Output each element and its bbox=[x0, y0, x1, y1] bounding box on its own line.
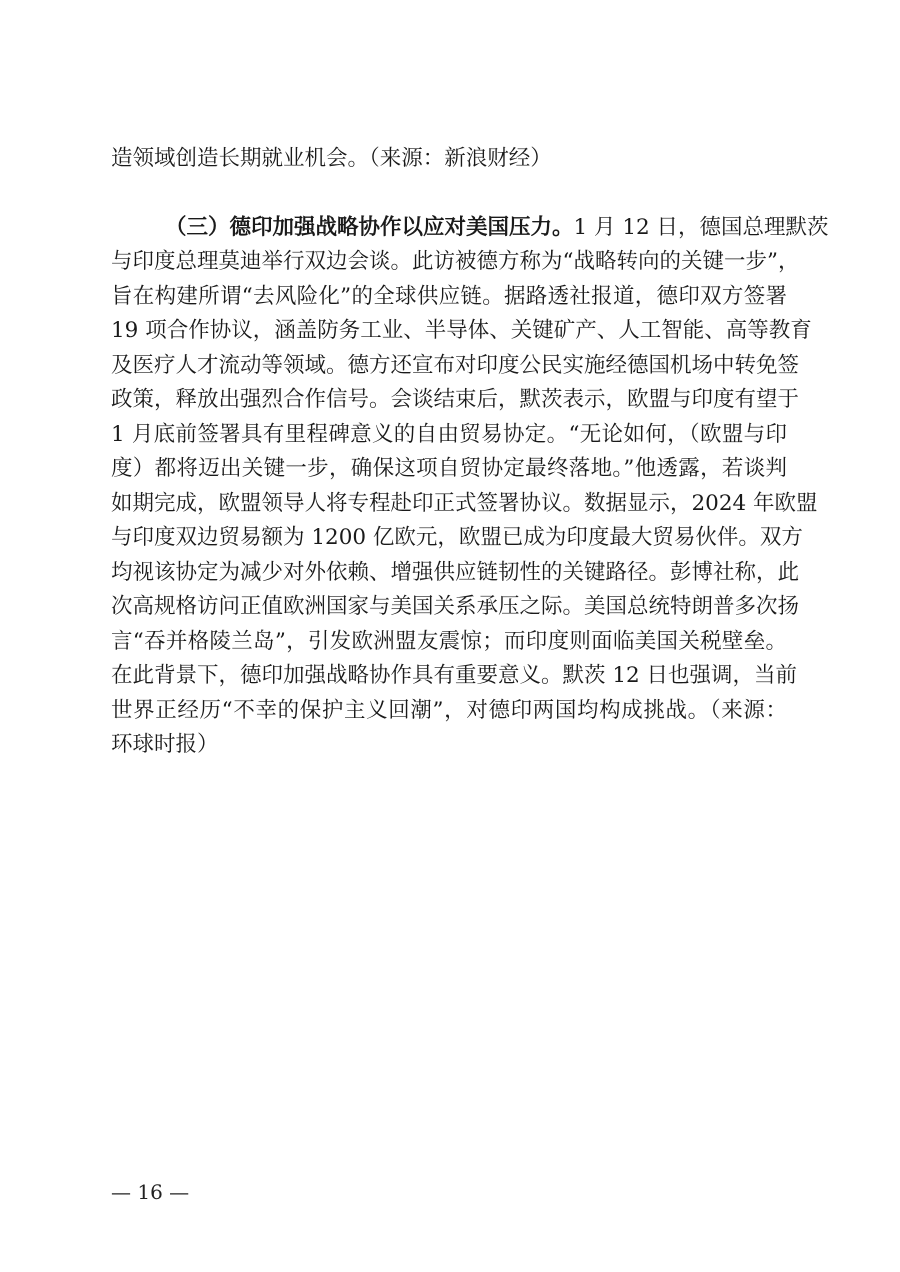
section-heading: （三）德印加强战略协作以应对美国压力。 bbox=[165, 215, 574, 240]
text-line: 度）都将迈出关键一步，确保这项自贸协定最终落地。”他透露，若谈判 bbox=[111, 452, 787, 487]
text-line: 1 月底前签署具有里程碑意义的自由贸易协定。“无论如何，（欧盟与印 bbox=[111, 418, 787, 453]
text-line: 造领域创造长期就业机会。（来源：新浪财经） bbox=[111, 142, 787, 177]
text-line: 旨在构建所谓“去风险化”的全球供应链。据路透社报道，德印双方签署 bbox=[111, 280, 787, 315]
text-line: 与印度总理莫迪举行双边会谈。此访被德方称为“战略转向的关键一步”， bbox=[111, 245, 787, 280]
document-body: 造领域创造长期就业机会。（来源：新浪财经） （三）德印加强战略协作以应对美国压力… bbox=[111, 142, 787, 763]
text-line: 政策，释放出强烈合作信号。会谈结束后，默茨表示，欧盟与印度有望于 bbox=[111, 383, 787, 418]
section-paragraph: （三）德印加强战略协作以应对美国压力。1 月 12 日，德国总理默茨 与印度总理… bbox=[111, 211, 787, 763]
page-number: — 16 — bbox=[111, 1180, 189, 1204]
text-line: 世界正经历“不幸的保护主义回潮”，对德印两国均构成挑战。（来源： bbox=[111, 694, 787, 729]
text-line: 与印度双边贸易额为 1200 亿欧元，欧盟已成为印度最大贸易伙伴。双方 bbox=[111, 521, 787, 556]
text-line: 在此背景下，德印加强战略协作具有重要意义。默茨 12 日也强调，当前 bbox=[111, 659, 787, 694]
section-first-line: （三）德印加强战略协作以应对美国压力。1 月 12 日，德国总理默茨 bbox=[111, 211, 787, 246]
continuation-paragraph: 造领域创造长期就业机会。（来源：新浪财经） bbox=[111, 142, 787, 177]
text-line: 19 项合作协议，涵盖防务工业、半导体、关键矿产、人工智能、高等教育 bbox=[111, 314, 787, 349]
paragraph-gap bbox=[111, 177, 787, 211]
text-line: 次高规格访问正值欧洲国家与美国关系承压之际。美国总统特朗普多次扬 bbox=[111, 590, 787, 625]
text-line: 均视该协定为减少对外依赖、增强供应链韧性的关键路径。彭博社称，此 bbox=[111, 556, 787, 591]
text-line: 言“吞并格陵兰岛”，引发欧洲盟友震惊；而印度则面临美国关税壁垒。 bbox=[111, 625, 787, 660]
text-line: 如期完成，欧盟领导人将专程赴印正式签署协议。数据显示，2024 年欧盟 bbox=[111, 487, 787, 522]
text-line: 及医疗人才流动等领域。德方还宣布对印度公民实施经德国机场中转免签 bbox=[111, 349, 787, 384]
text-line: 环球时报） bbox=[111, 728, 787, 763]
section-first-line-text: 1 月 12 日，德国总理默茨 bbox=[574, 215, 829, 240]
